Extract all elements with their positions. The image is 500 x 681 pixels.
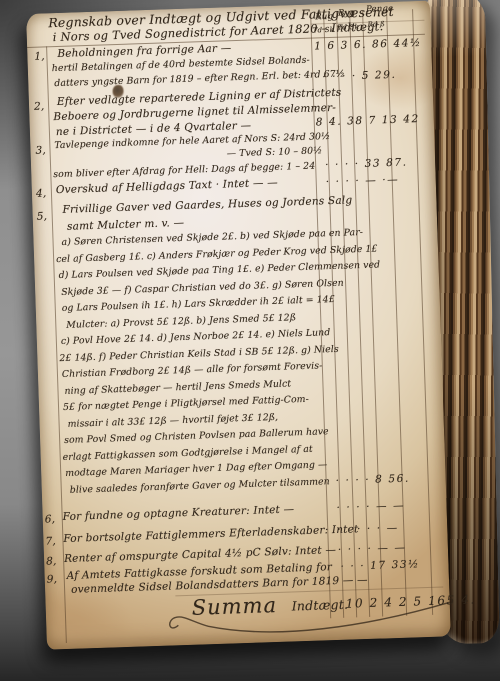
- amount-value: · · · · 8 56.: [335, 474, 410, 488]
- entry-number: 1,: [34, 51, 45, 63]
- summa-label: Summa: [191, 594, 277, 620]
- entry-number: 3,: [35, 145, 46, 157]
- entry-line: Frivillige Gaver ved Gaardes, Huses og J…: [62, 195, 352, 216]
- amount-value: · · · · — ·—: [326, 175, 400, 189]
- amount-value: · · · · — —: [336, 501, 405, 515]
- entry-line: ning af Skattebøger — hertil Jens Smeds …: [64, 379, 291, 397]
- column-rule: [412, 9, 433, 615]
- summa-label2: Indtægt.: [292, 598, 349, 614]
- entry-number: 2,: [34, 101, 45, 113]
- column-units-byg: Td Sk: [338, 24, 360, 32]
- ledger-page: Regnskab over Indtægt og Udgivt ved Fatt…: [26, 1, 451, 650]
- amount-value: · · · · — —: [338, 543, 407, 557]
- column-header-rug: Rug: [315, 13, 333, 23]
- entry-line: missair i alt 33£ 12ß — hvortil føjet 3£…: [67, 413, 278, 430]
- entry-line: For fundne og optagne Kreaturer: Intet —: [63, 504, 295, 523]
- photograph-background: Regnskab over Indtægt og Udgivt ved Fatt…: [0, 0, 500, 681]
- entry-line: som Povl Smed og Christen Povlsen paa Ba…: [64, 427, 329, 446]
- entry-number: 5,: [37, 211, 48, 223]
- amount-value: · · · · · —: [337, 523, 399, 537]
- amount-value: · · · · 5 29.: [322, 70, 397, 84]
- entry-line: blive saaledes foranførte Gaver og Mulct…: [70, 477, 330, 496]
- amount-value: 8 4. 38 7 13 42: [316, 114, 420, 129]
- column-units-rug: Td Sk: [313, 27, 335, 35]
- amount-value: 1 6 3 6. 86 44½: [314, 38, 422, 53]
- entry-line: 5£ for nægtet Penge i Pligtkjørsel med F…: [63, 395, 309, 413]
- entry-line: Overskud af Helligdags Taxt · Intet — —: [56, 178, 278, 197]
- ledger-book: Regnskab over Indtægt og Udgivt ved Fatt…: [26, 0, 500, 662]
- amount-value: · · · · 33 87.: [325, 157, 408, 171]
- entry-number: 8,: [46, 556, 57, 568]
- entry-number: 4,: [36, 188, 47, 200]
- column-units-penge: Rd ß: [367, 21, 385, 29]
- entry-line: — Tved S: 10 – 80½: [227, 146, 323, 159]
- entry-line: Christian Frødborg 2£ 14ß — alle for for…: [62, 361, 323, 380]
- entry-number: 6,: [45, 514, 56, 526]
- entry-line: modtage Maren Mariager hver 1 Dag efter …: [65, 460, 327, 479]
- entry-number: 9,: [47, 574, 58, 586]
- column-header-penge: Penge: [366, 5, 394, 15]
- entry-line: For bortsolgte Fattiglemmers Efterladens…: [63, 524, 358, 545]
- entry-line: samt Mulcter m. v. —: [67, 218, 185, 233]
- entry-line: c) Povl Hove 2£ 14. d) Jens Norboe 2£ 14…: [61, 328, 331, 347]
- entry-number: 7,: [45, 536, 56, 548]
- amount-value: · · · 17 33½: [340, 559, 420, 573]
- column-header-byg: Byg: [338, 9, 355, 19]
